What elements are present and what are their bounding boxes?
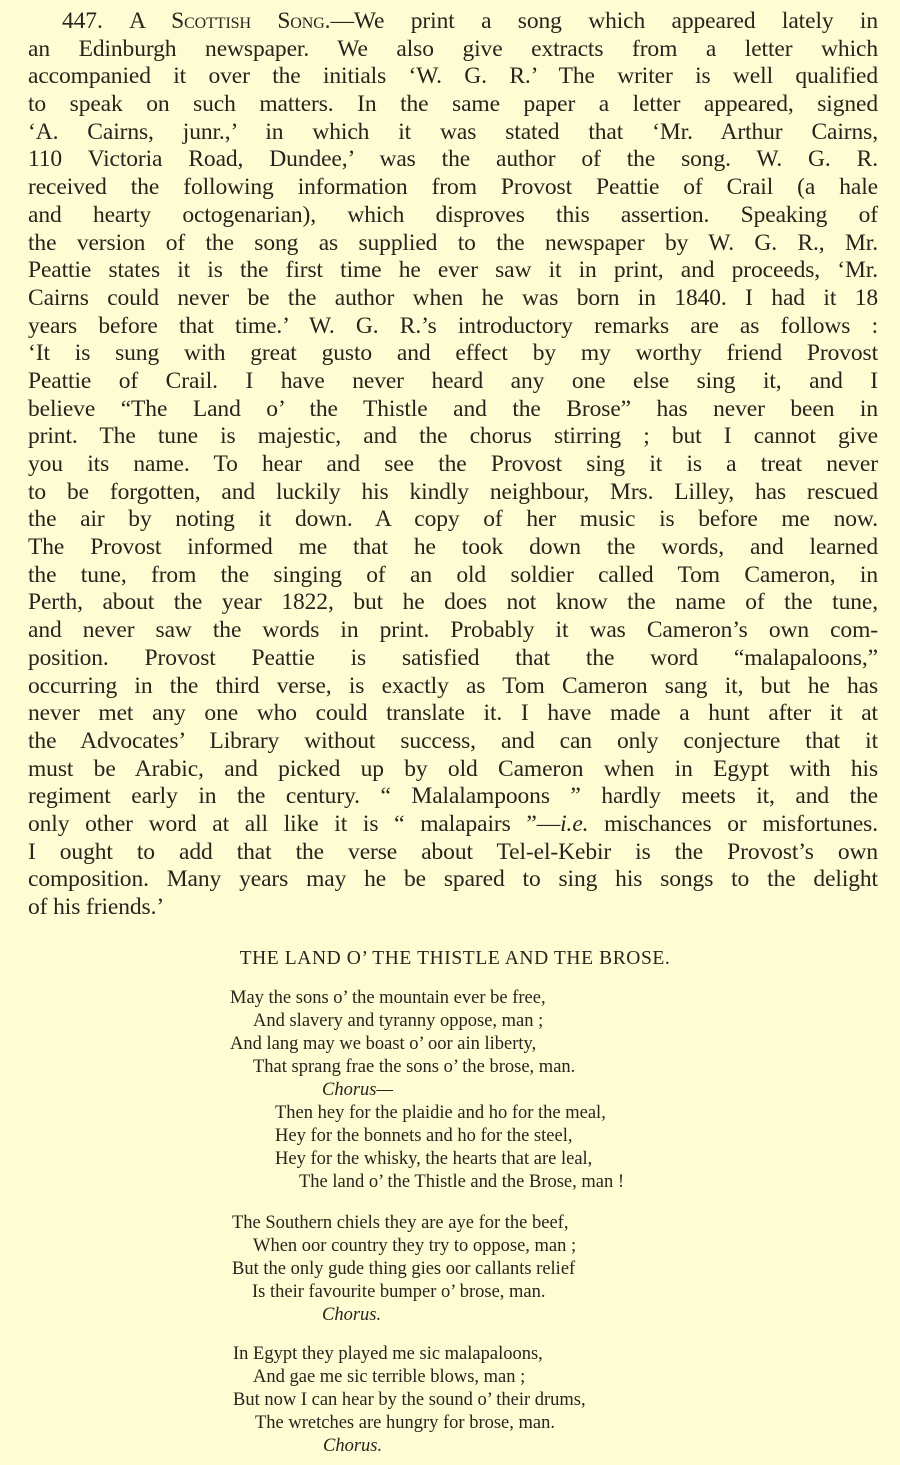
article-line: believe “The Land o’ the Thistle and the… <box>28 396 878 424</box>
article-line: an Edinburgh newspaper. We also give ext… <box>28 36 878 64</box>
verse-line: In Egypt they played me sic malapaloons, <box>233 1343 543 1365</box>
article-line: position. Provost Peattie is satisfied t… <box>28 645 878 673</box>
article-line: the air by noting it down. A copy of her… <box>28 506 878 534</box>
verse-line: But the only gude thing gies oor callant… <box>232 1258 575 1280</box>
article-line: ‘It is sung with great gusto and effect … <box>28 340 878 368</box>
chorus-line: Hey for the bonnets and ho for the steel… <box>275 1125 572 1147</box>
verse-line: The Southern chiels they are aye for the… <box>232 1212 568 1234</box>
article-line: years before that time.’ W. G. R.’s intr… <box>28 313 878 341</box>
article-line: Cairns could never be the author when he… <box>28 285 878 313</box>
article-line: the tune, from the singing of an old sol… <box>28 562 878 590</box>
verse-line: That sprang frae the sons o’ the brose, … <box>253 1056 575 1078</box>
verse-line: And slavery and tyranny oppose, man ; <box>253 1010 543 1032</box>
article-line: regiment early in the century. “ Malalam… <box>28 783 878 811</box>
article-line: The Provost informed me that he took dow… <box>28 534 878 562</box>
article-line: composition. Many years may he be spared… <box>28 866 878 894</box>
chorus-label: Chorus— <box>322 1079 393 1101</box>
article-heading: A Scottish Song. <box>129 8 330 34</box>
article-line: the Advocates’ Library without success, … <box>28 728 878 756</box>
article-number: 447. <box>62 8 103 34</box>
article-line: occurring in the third verse, is exactly… <box>28 673 878 701</box>
chorus-line: Then hey for the plaidie and ho for the … <box>275 1102 606 1124</box>
chorus-label: Chorus. <box>323 1435 382 1457</box>
verse-line: The wretches are hungry for brose, man. <box>255 1412 555 1434</box>
article-line: the version of the song as supplied to t… <box>28 230 878 258</box>
article-line: to speak on such matters. In the same pa… <box>28 91 878 119</box>
article-line: accompanied it over the initials ‘W. G. … <box>28 63 878 91</box>
article-line: and never saw the words in print. Probab… <box>28 617 878 645</box>
article-line: received the following information from … <box>28 174 878 202</box>
book-page: 447. A Scottish Song.—We print a song wh… <box>0 0 900 1465</box>
article-line: you its name. To hear and see the Provos… <box>28 451 878 479</box>
article-line: and hearty octogenarian), which disprove… <box>28 202 878 230</box>
article-line: Perth, about the year 1822, but he does … <box>28 589 878 617</box>
article-line: only other word at all like it is “ mala… <box>28 811 878 839</box>
article-line: Peattie of Crail. I have never heard any… <box>28 368 878 396</box>
article-line: 447. A Scottish Song.—We print a song wh… <box>28 8 878 36</box>
article-line: must be Arabic, and picked up by old Cam… <box>28 756 878 784</box>
song-title: THE LAND O’ THE THISTLE AND THE BROSE. <box>0 945 900 973</box>
chorus-line: The land o’ the Thistle and the Brose, m… <box>299 1171 624 1193</box>
article-line: never met any one who could translate it… <box>28 700 878 728</box>
verse-line: And gae me sic terrible blows, man ; <box>253 1366 525 1388</box>
verse-line: When oor country they try to oppose, man… <box>253 1235 576 1257</box>
italic-ie: i.e. <box>560 811 588 837</box>
chorus-label: Chorus. <box>322 1304 381 1326</box>
article-line: of his friends.’ <box>28 894 878 922</box>
verse-line: And lang may we boast o’ oor ain liberty… <box>230 1033 536 1055</box>
article-line: to be forgotten, and luckily his kindly … <box>28 479 878 507</box>
article-line: print. The tune is majestic, and the cho… <box>28 423 878 451</box>
article-line: I ought to add that the verse about Tel-… <box>28 839 878 867</box>
article-line: 110 Victoria Road, Dundee,’ was the auth… <box>28 146 878 174</box>
article-447: 447. A Scottish Song.—We print a song wh… <box>28 8 878 922</box>
verse-line: But now I can hear by the sound o’ their… <box>233 1389 586 1411</box>
article-line: ‘A. Cairns, junr.,’ in which it was stat… <box>28 119 878 147</box>
article-line: Peattie states it is the first time he e… <box>28 257 878 285</box>
verse-line: Is their favourite bumper o’ brose, man. <box>252 1281 546 1303</box>
chorus-line: Hey for the whisky, the hearts that are … <box>275 1148 592 1170</box>
verse-line: May the sons o’ the mountain ever be fre… <box>230 987 546 1009</box>
